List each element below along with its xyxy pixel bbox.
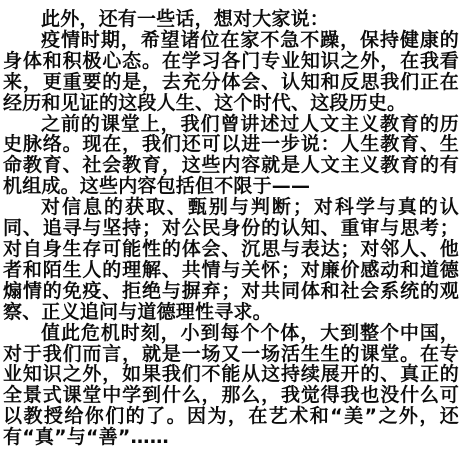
paragraph-education-contents-list: 对信息的获取、甄别与判断；对科学与真的认同、追寻与坚持；对公民身份的认知、重审与… (3, 197, 459, 322)
paragraph-epidemic-wishes: 疫情时期，希望诸位在家不急不躁，保持健康的身体和积极心态。在学习各门专业知识之外… (3, 30, 459, 114)
paragraph-humanist-education: 之前的课堂上，我们曾讲述过人文主义教育的历史脉络。现在，我们还可以进一步说：人生… (3, 114, 459, 198)
paragraph-intro: 此外，还有一些话，想对大家说： (3, 9, 459, 30)
document-page: 此外，还有一些话，想对大家说： 疫情时期，希望诸位在家不急不躁，保持健康的身体和… (0, 0, 468, 450)
paragraph-closing: 值此危机时刻，小到每个个体，大到整个中国，对于我们而言，就是一场又一场活生生的课… (3, 323, 459, 448)
